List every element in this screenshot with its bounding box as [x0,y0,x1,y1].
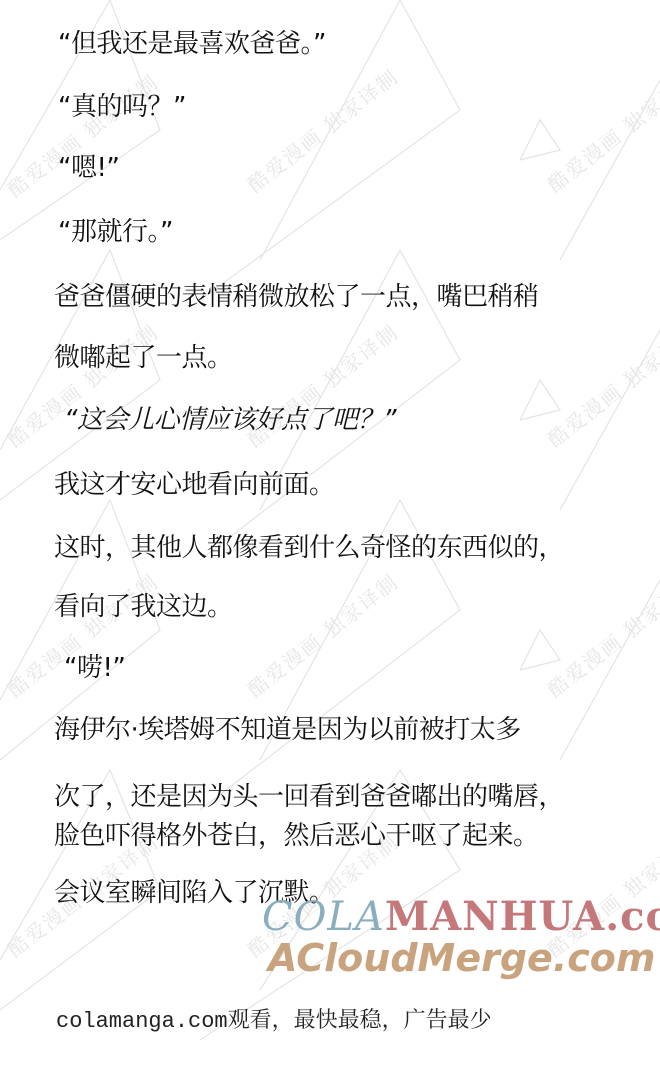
watermark-text: 酷爱漫画 独家译制 [241,61,404,197]
paragraph: “那就行。” [58,216,173,248]
paragraph: 这时，其他人都像看到什么奇怪的东西似的， [54,532,564,564]
paragraph: 次了，还是因为头一回看到爸爸嘟出的嘴唇， [54,781,564,813]
paragraph: 海伊尔·埃塔姆不知道是因为以前被打太多 [54,714,521,746]
paragraph: 爸爸僵硬的表情稍微放松了一点，嘴巴稍稍 [54,281,539,313]
paragraph: “真的吗？” [58,91,186,123]
colamanhua-logo: COLAMANHUA.com [262,895,660,939]
watermark-text: 酷爱漫画 独家译制 [541,61,660,197]
logo-part-manhua: MANHUA.com [385,893,660,940]
watermark-text: 酷爱漫画 独家译制 [541,566,660,702]
watermark-text: 酷爱漫画 独家译制 [241,566,404,702]
footer-notice: colamanga.com观看，最快最稳，广告最少 [56,1003,492,1034]
paragraph: 看向了我这边。 [54,591,233,623]
paragraph-italic: “这会儿心情应该好点了吧？” [64,404,396,436]
acloudmerge-logo: ACloudMerge.com [268,937,655,979]
paragraph: “唠!” [64,652,125,684]
paragraph: 微嘟起了一点。 [54,342,233,374]
paragraph: 脸色吓得格外苍白，然后恶心干呕了起来。 [54,820,539,852]
paragraph: “嗯!” [58,152,119,184]
paragraph: 我这才安心地看向前面。 [54,469,335,501]
paragraph: “但我还是最喜欢爸爸。” [58,28,326,60]
watermark-text: 酷爱漫画 独家译制 [541,316,660,452]
logo-part-cola: COLA [262,894,385,940]
